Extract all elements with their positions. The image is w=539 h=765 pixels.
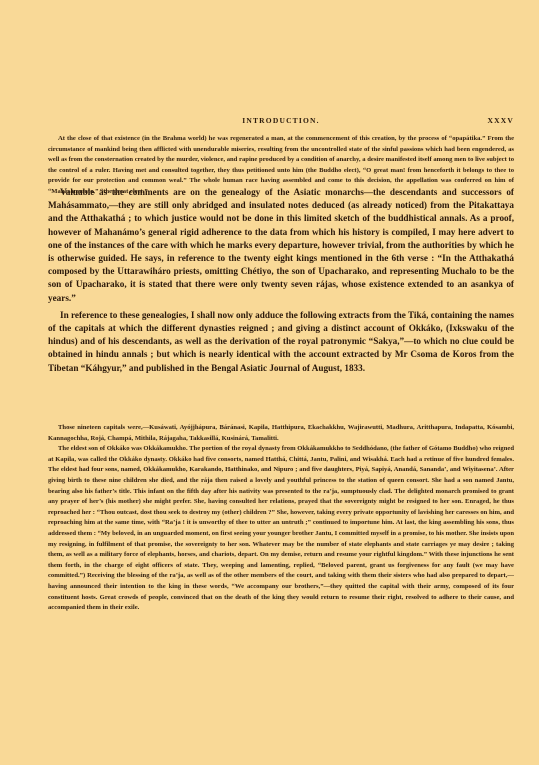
paragraph: Those nineteen capitals were,—Kusáwati, … — [48, 423, 514, 444]
main-text-block: Valuable as the comments are on the gene… — [48, 186, 514, 379]
page-number: XXXV — [488, 116, 514, 125]
paragraph: In reference to these genealogies, I sha… — [48, 309, 514, 375]
book-page: INTRODUCTION. XXXV At the close of that … — [0, 0, 539, 765]
running-header: INTRODUCTION. XXXV — [48, 116, 514, 128]
paragraph: Valuable as the comments are on the gene… — [48, 186, 514, 305]
paragraph: The eldest son of Okkáko was Okkákamukho… — [48, 444, 514, 614]
footnote-block-bottom: Those nineteen capitals were,—Kusáwati, … — [48, 423, 514, 614]
running-title: INTRODUCTION. — [48, 116, 514, 125]
